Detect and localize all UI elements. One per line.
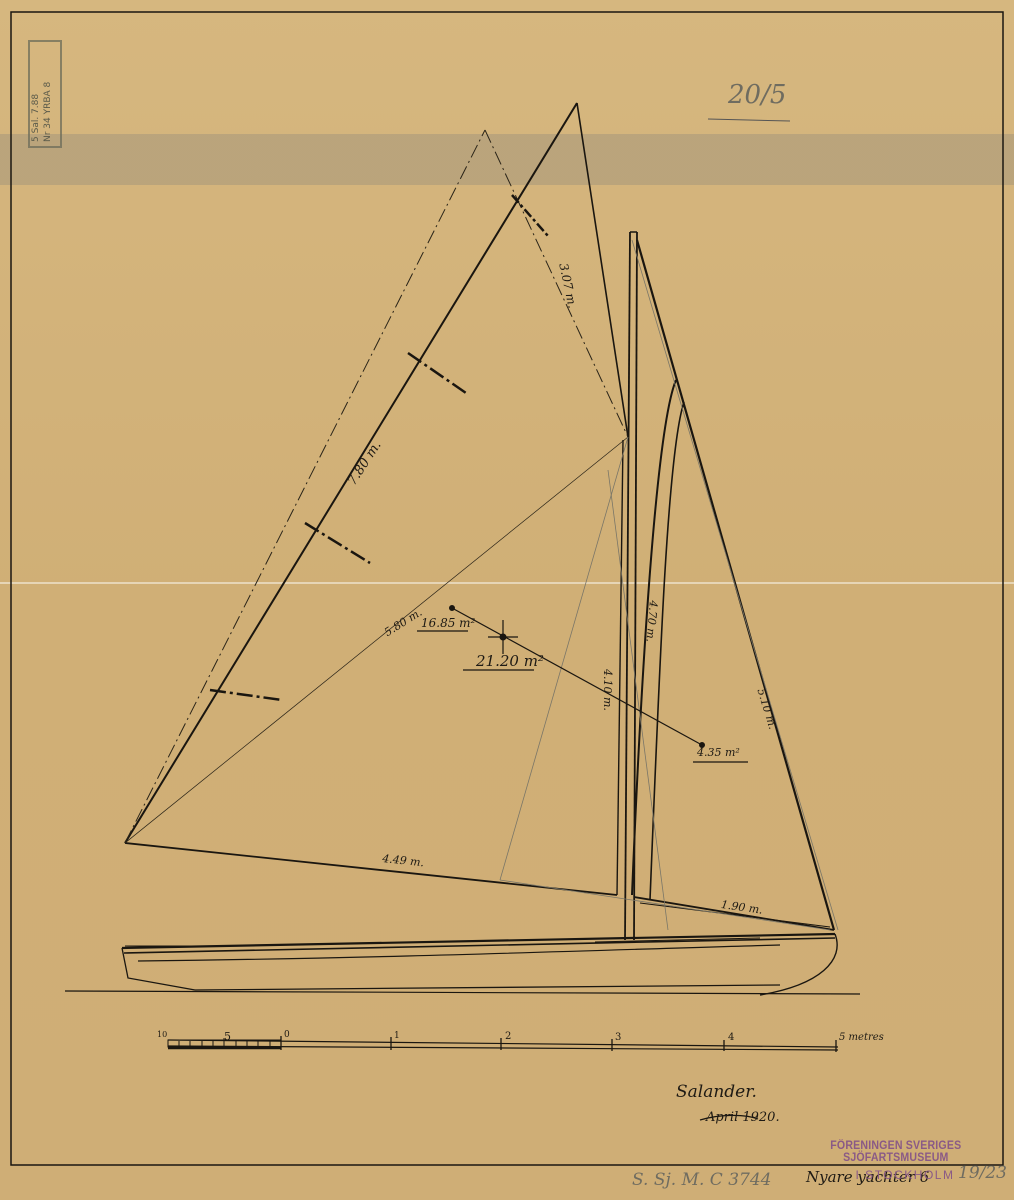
hull xyxy=(65,934,860,995)
area-total: 21.20 m² xyxy=(476,652,544,670)
corner-mark: 20/5 xyxy=(728,80,786,110)
border-frame xyxy=(11,12,1003,1165)
museum-stamp: FÖRENINGEN SVERIGES SJÖFARTSMUSEUM I STO… xyxy=(790,1140,1014,1182)
drawing-date: April 1920. xyxy=(706,1110,780,1125)
scale-tick-10: 10 xyxy=(157,1030,167,1039)
scale-tick-5-metres: 5 metres xyxy=(839,1032,884,1043)
archive-stamp-number: 5 xyxy=(31,136,41,142)
jib xyxy=(632,240,834,930)
label-mast-height: 4.10 m. xyxy=(601,669,614,711)
sail-plan-drawing xyxy=(0,0,1014,1200)
topsail-outline xyxy=(125,130,628,843)
scale-tick-5-left: 5 xyxy=(224,1030,231,1043)
scale-tick-2: 2 xyxy=(505,1031,511,1042)
archive-stamp-text: 5 Sal. 7.88 Nr 34 YRBA 8 xyxy=(30,42,56,142)
boat-name: Salander. xyxy=(676,1082,757,1102)
corner-mark-underline xyxy=(708,119,790,121)
area-jib: 4.35 m² xyxy=(697,746,740,759)
archive-stamp-handwritten: Sal. 7.88 xyxy=(31,94,41,134)
catalog-number: S. Sj. M. C 3744 xyxy=(632,1170,771,1190)
scale-tick-3: 3 xyxy=(615,1032,621,1043)
museum-stamp-line2: I STOCKHOLM xyxy=(790,1168,1014,1182)
museum-stamp-line1: FÖRENINGEN SVERIGES SJÖFARTSMUSEUM xyxy=(790,1140,1002,1164)
archive-stamp-printed: Nr 34 YRBA 8 xyxy=(43,82,53,142)
pencil-lines xyxy=(500,240,838,930)
scale-bar xyxy=(168,1036,838,1052)
scale-tick-4: 4 xyxy=(728,1032,734,1043)
area-mainsail: 16.85 m² xyxy=(421,616,475,630)
scale-tick-0: 0 xyxy=(284,1030,290,1040)
mainsail xyxy=(125,103,628,895)
scale-tick-1: 1 xyxy=(394,1031,400,1041)
centre-of-effort xyxy=(450,606,705,748)
